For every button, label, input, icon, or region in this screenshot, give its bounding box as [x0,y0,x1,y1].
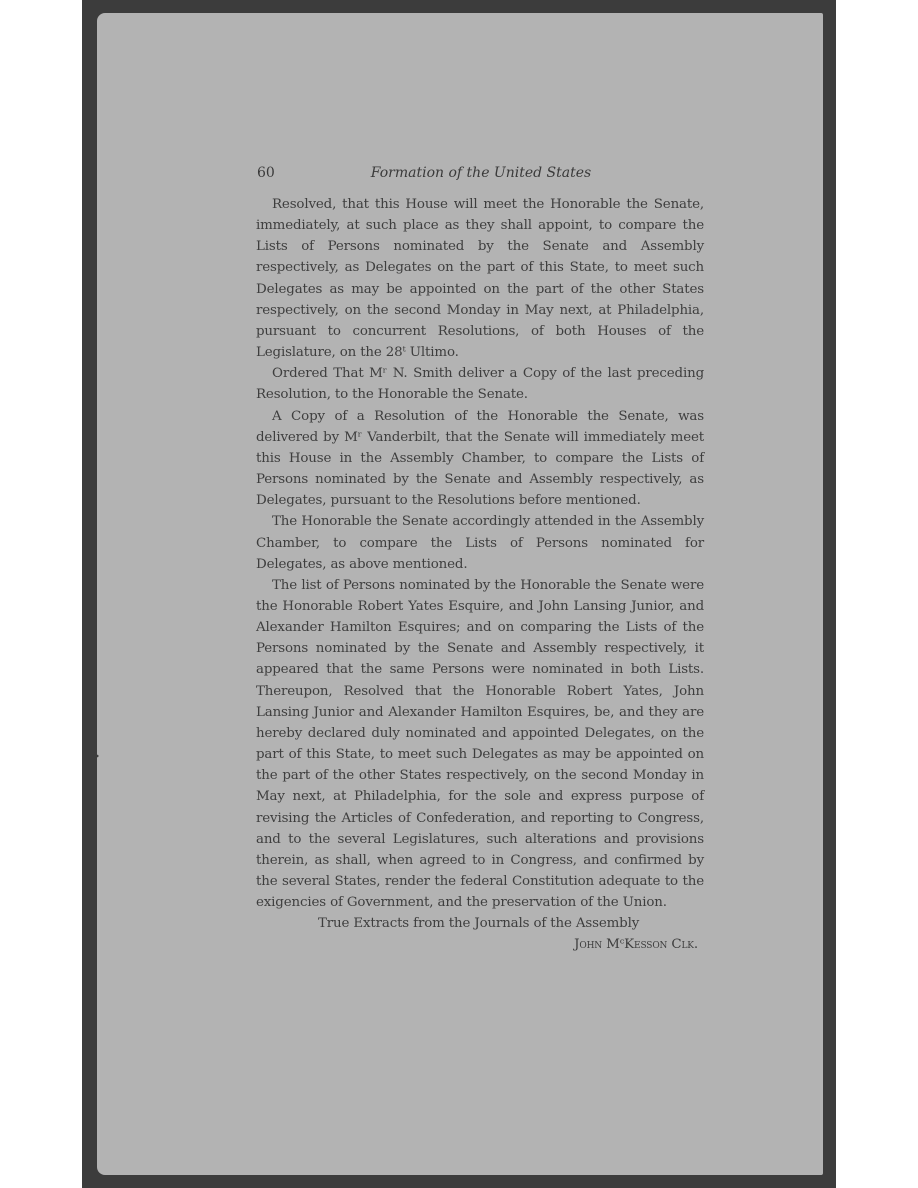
paragraph-delegates-nominated: The list of Persons nominated by the Hon… [256,575,704,914]
paragraph-resolution: Resolved, that this House will meet the … [256,194,704,363]
clerk-signature: John MᶜKesson Clk. [256,934,704,955]
paragraph-senate-copy: A Copy of a Resolution of the Honorable … [256,406,704,512]
body-text: Resolved, that this House will meet the … [256,194,704,956]
page-header: 60 Formation of the United States [257,165,705,187]
attestation-line: True Extracts from the Journals of the A… [256,913,704,934]
running-title: Formation of the United States [257,165,705,181]
paragraph-order: Ordered That Mʳ N. Smith deliver a Copy … [256,363,704,405]
page-edge-mark [94,752,99,760]
paragraph-senate-attended: The Honorable the Senate accordingly att… [256,511,704,574]
